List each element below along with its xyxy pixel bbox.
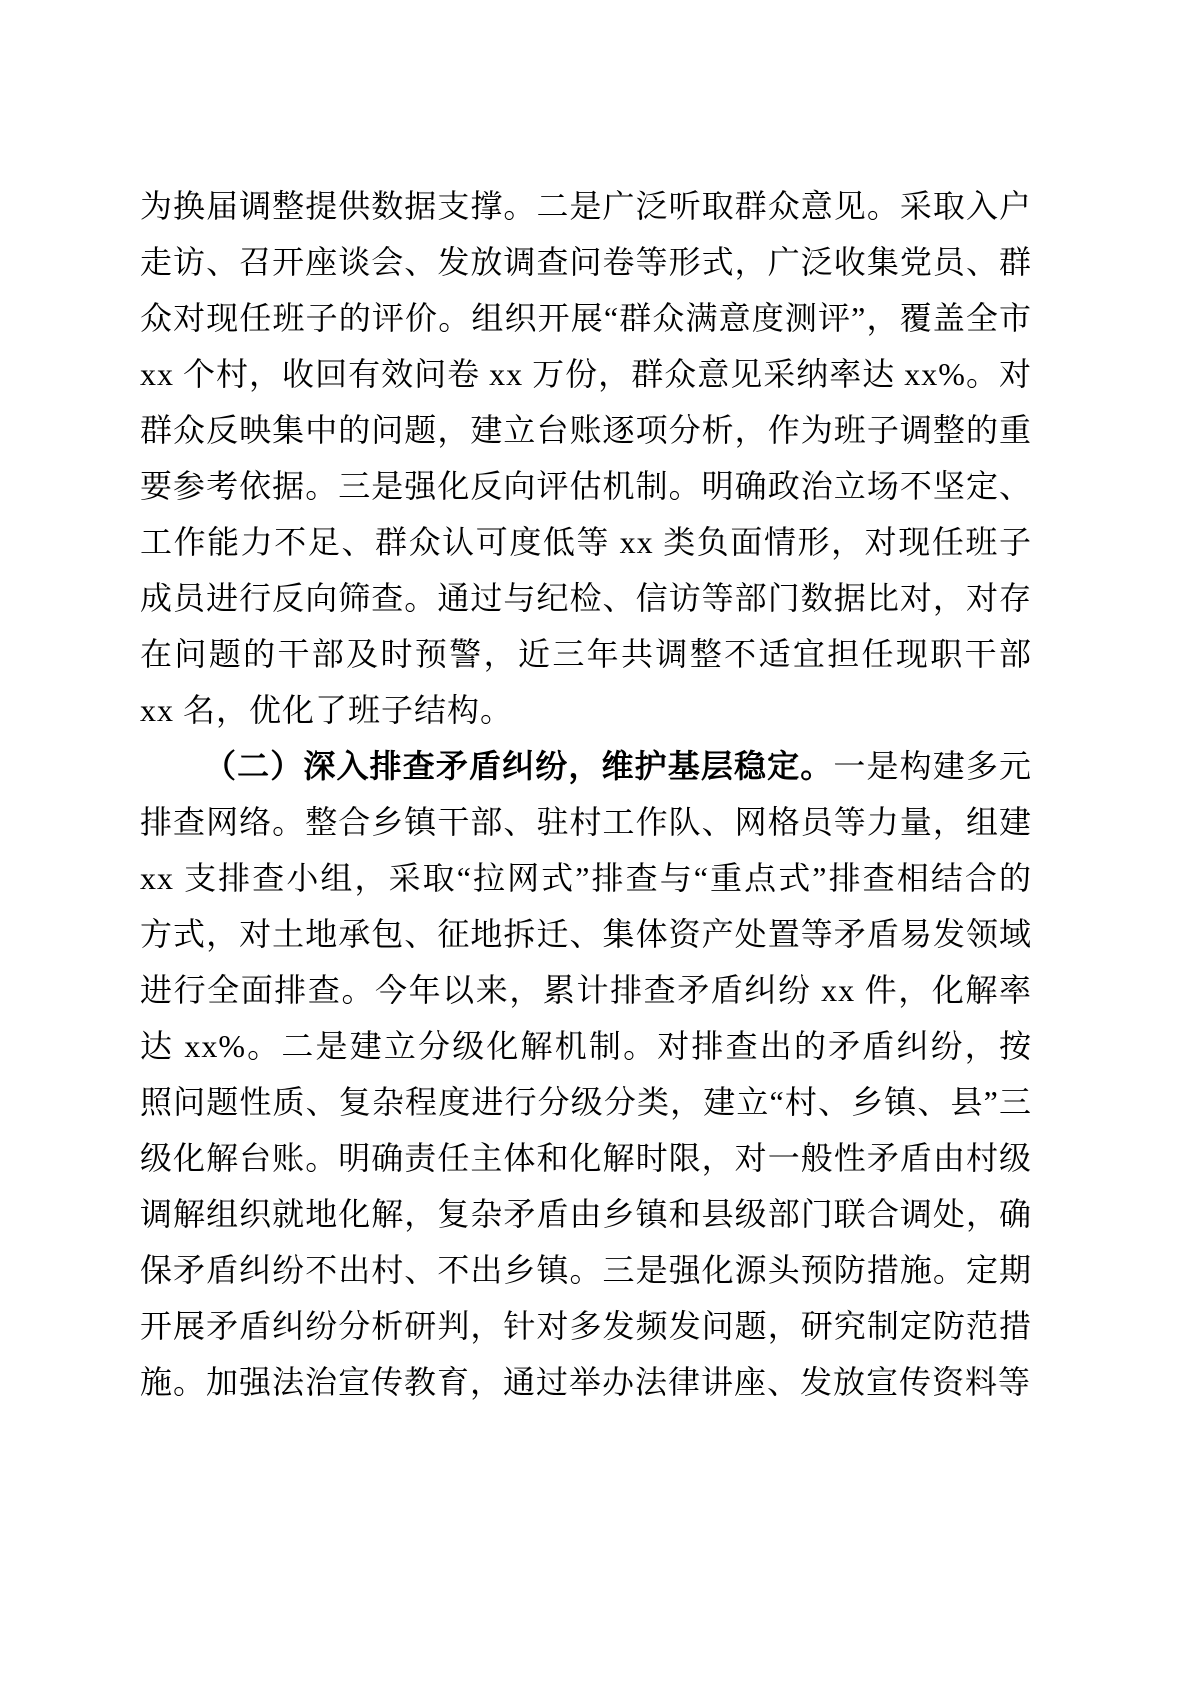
section-heading: （二）深入排查矛盾纠纷，维护基层稳定。 — [204, 748, 833, 784]
document-page: 为换届调整提供数据支撑。二是广泛听取群众意见。采取入户走访、召开座谈会、发放调查… — [0, 0, 1190, 1683]
body-text: 一是构建多元排查网络。整合乡镇干部、驻村工作队、网格员等力量，组建 xx 支排查… — [140, 748, 1032, 1400]
document-body: 为换届调整提供数据支撑。二是广泛听取群众意见。采取入户走访、召开座谈会、发放调查… — [140, 178, 1032, 1410]
body-text: 为换届调整提供数据支撑。二是广泛听取群众意见。采取入户走访、召开座谈会、发放调查… — [140, 188, 1032, 728]
paragraph: 为换届调整提供数据支撑。二是广泛听取群众意见。采取入户走访、召开座谈会、发放调查… — [140, 178, 1032, 738]
paragraph: （二）深入排查矛盾纠纷，维护基层稳定。一是构建多元排查网络。整合乡镇干部、驻村工… — [140, 738, 1032, 1410]
